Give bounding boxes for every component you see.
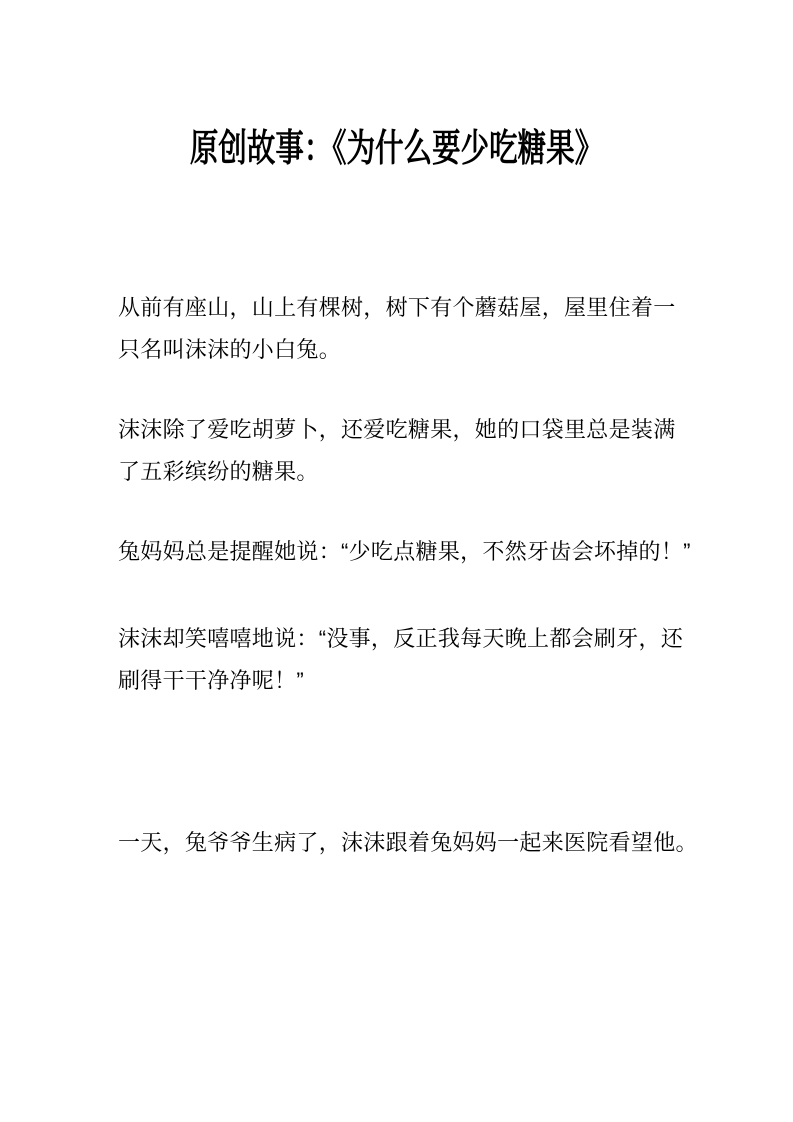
story-paragraph-2: 沫沫除了爱吃胡萝卜，还爱吃糖果，她的口袋里总是装满 了五彩缤纷的糖果。 (118, 409, 675, 493)
paragraph-line: 从前有座山，山上有棵树，树下有个蘑菇屋，屋里住着一 (118, 287, 675, 329)
document-content: 原创故事：《为什么要少吃糖果》 从前有座山，山上有棵树，树下有个蘑菇屋，屋里住着… (0, 125, 793, 864)
story-title: 原创故事：《为什么要少吃糖果》 (188, 125, 606, 173)
story-paragraph-4: 沫沫却笑嘻嘻地说：“没事，反正我每天晚上都会刷牙，还 刷得干干净净呢！” (118, 618, 675, 702)
paragraph-line: 刷得干干净净呢！” (118, 660, 675, 702)
paragraph-line: 沫沫除了爱吃胡萝卜，还爱吃糖果，她的口袋里总是装满 (118, 409, 675, 451)
document-page: 原创故事：《为什么要少吃糖果》 从前有座山，山上有棵树，树下有个蘑菇屋，屋里住着… (0, 0, 793, 1122)
paragraph-line: 兔妈妈总是提醒她说：“少吃点糖果，不然牙齿会坏掉的！” (118, 531, 675, 573)
story-paragraph-3: 兔妈妈总是提醒她说：“少吃点糖果，不然牙齿会坏掉的！” (118, 531, 675, 573)
paragraph-line: 了五彩缤纷的糖果。 (118, 451, 675, 493)
story-paragraph-5: 一天，兔爷爷生病了，沫沫跟着兔妈妈一起来医院看望他。 (118, 822, 675, 864)
paragraph-line: 只名叫沫沫的小白兔。 (118, 329, 675, 371)
paragraph-line: 一天，兔爷爷生病了，沫沫跟着兔妈妈一起来医院看望他。 (118, 822, 675, 864)
story-paragraph-1: 从前有座山，山上有棵树，树下有个蘑菇屋，屋里住着一 只名叫沫沫的小白兔。 (118, 287, 675, 371)
paragraph-line: 沫沫却笑嘻嘻地说：“没事，反正我每天晚上都会刷牙，还 (118, 618, 675, 660)
